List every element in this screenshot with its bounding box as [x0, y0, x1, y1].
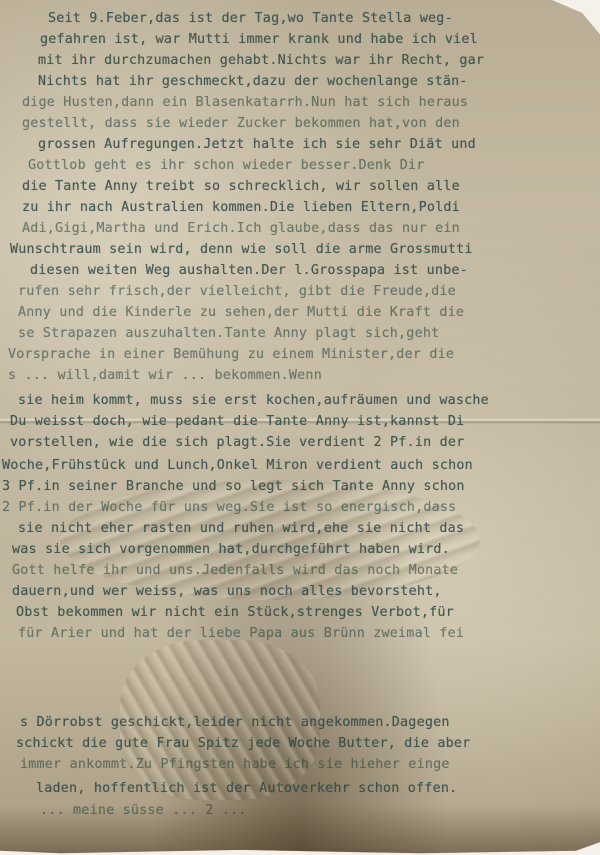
text-line: dige Husten,dann ein Blasenkatarrh.Nun h…	[22, 92, 468, 113]
text-line: zu ihr nach Australien kommen.Die lieben…	[22, 197, 460, 218]
letter-page: Seit 9.Feber,das ist der Tag,wo Tante St…	[0, 0, 600, 855]
text-line: Gottlob geht es ihr schon wieder besser.…	[28, 155, 425, 176]
text-line: die Tante Anny treibt so schrecklich, wi…	[22, 176, 460, 197]
text-line: Du weisst doch, wie pedant die Tante Ann…	[10, 411, 464, 432]
text-line: Obst bekommen wir nicht ein Stück,streng…	[16, 602, 454, 623]
text-line: Adi,Gigi,Martha und Erich.Ich glaube,das…	[22, 218, 460, 239]
text-line: rufen sehr frisch,der vielleicht, gibt d…	[18, 281, 456, 302]
text-line: Anny und die Kinderle zu sehen,der Mutti…	[18, 302, 464, 323]
text-line: was sie sich vorgenommen hat,durchgeführ…	[12, 539, 450, 560]
text-line: diesen weiten Weg aushalten.Der l.Grossp…	[30, 260, 468, 281]
text-line: s ... will,damit wir ... bekommen.Wenn	[8, 365, 322, 386]
text-line: s Dörrobst geschickt,leider nicht angeko…	[20, 712, 450, 733]
text-line: gefahren ist, war Mutti immer krank und …	[40, 29, 478, 50]
text-line: ... meine süsse ... 2 ...	[40, 800, 247, 821]
text-line: immer ankommt.Zu Pfingsten habe ich sie …	[20, 754, 450, 775]
text-line: dauern,und wer weiss, was uns noch alles…	[12, 581, 442, 602]
text-line: Gott helfe ihr und uns.Jedenfalls wird d…	[12, 560, 458, 581]
text-line: gestellt, dass sie wieder Zucker bekomme…	[22, 113, 460, 134]
text-line: Vorsprache in einer Bemühung zu einem Mi…	[8, 344, 454, 365]
text-line: 2 Pf.in der Woche für uns weg.Sie ist so…	[2, 497, 456, 518]
text-line: Seit 9.Feber,das ist der Tag,wo Tante St…	[48, 8, 453, 29]
text-line: se Strapazen auszuhalten.Tante Anny plag…	[18, 323, 439, 344]
text-line: mit ihr durchzumachen gehabt.Nichts war …	[38, 50, 484, 71]
text-line: grossen Aufregungen.Jetzt halte ich sie …	[38, 134, 476, 155]
text-line: für Arier und hat der liebe Papa aus Brü…	[18, 623, 464, 644]
text-line: Wunschtraum sein wird, denn wie soll die…	[10, 239, 473, 260]
text-line: Nichts hat ihr geschmeckt,dazu der woche…	[38, 71, 468, 92]
text-line: 3 Pf.in seiner Branche und so legt sich …	[2, 476, 465, 497]
text-line: laden, hoffentlich ist der Autoverkehr s…	[36, 778, 457, 799]
text-line: Woche,Frühstück und Lunch,Onkel Miron ve…	[2, 455, 473, 476]
text-line: schickt die gute Frau Spitz jede Woche B…	[16, 733, 470, 754]
text-line: vorstellen, wie die sich plagt.Sie verdi…	[10, 432, 464, 453]
text-line: sie nicht eher rasten und ruhen wird,ehe…	[18, 518, 464, 539]
text-line: sie heim kommt, muss sie erst kochen,auf…	[18, 390, 489, 411]
